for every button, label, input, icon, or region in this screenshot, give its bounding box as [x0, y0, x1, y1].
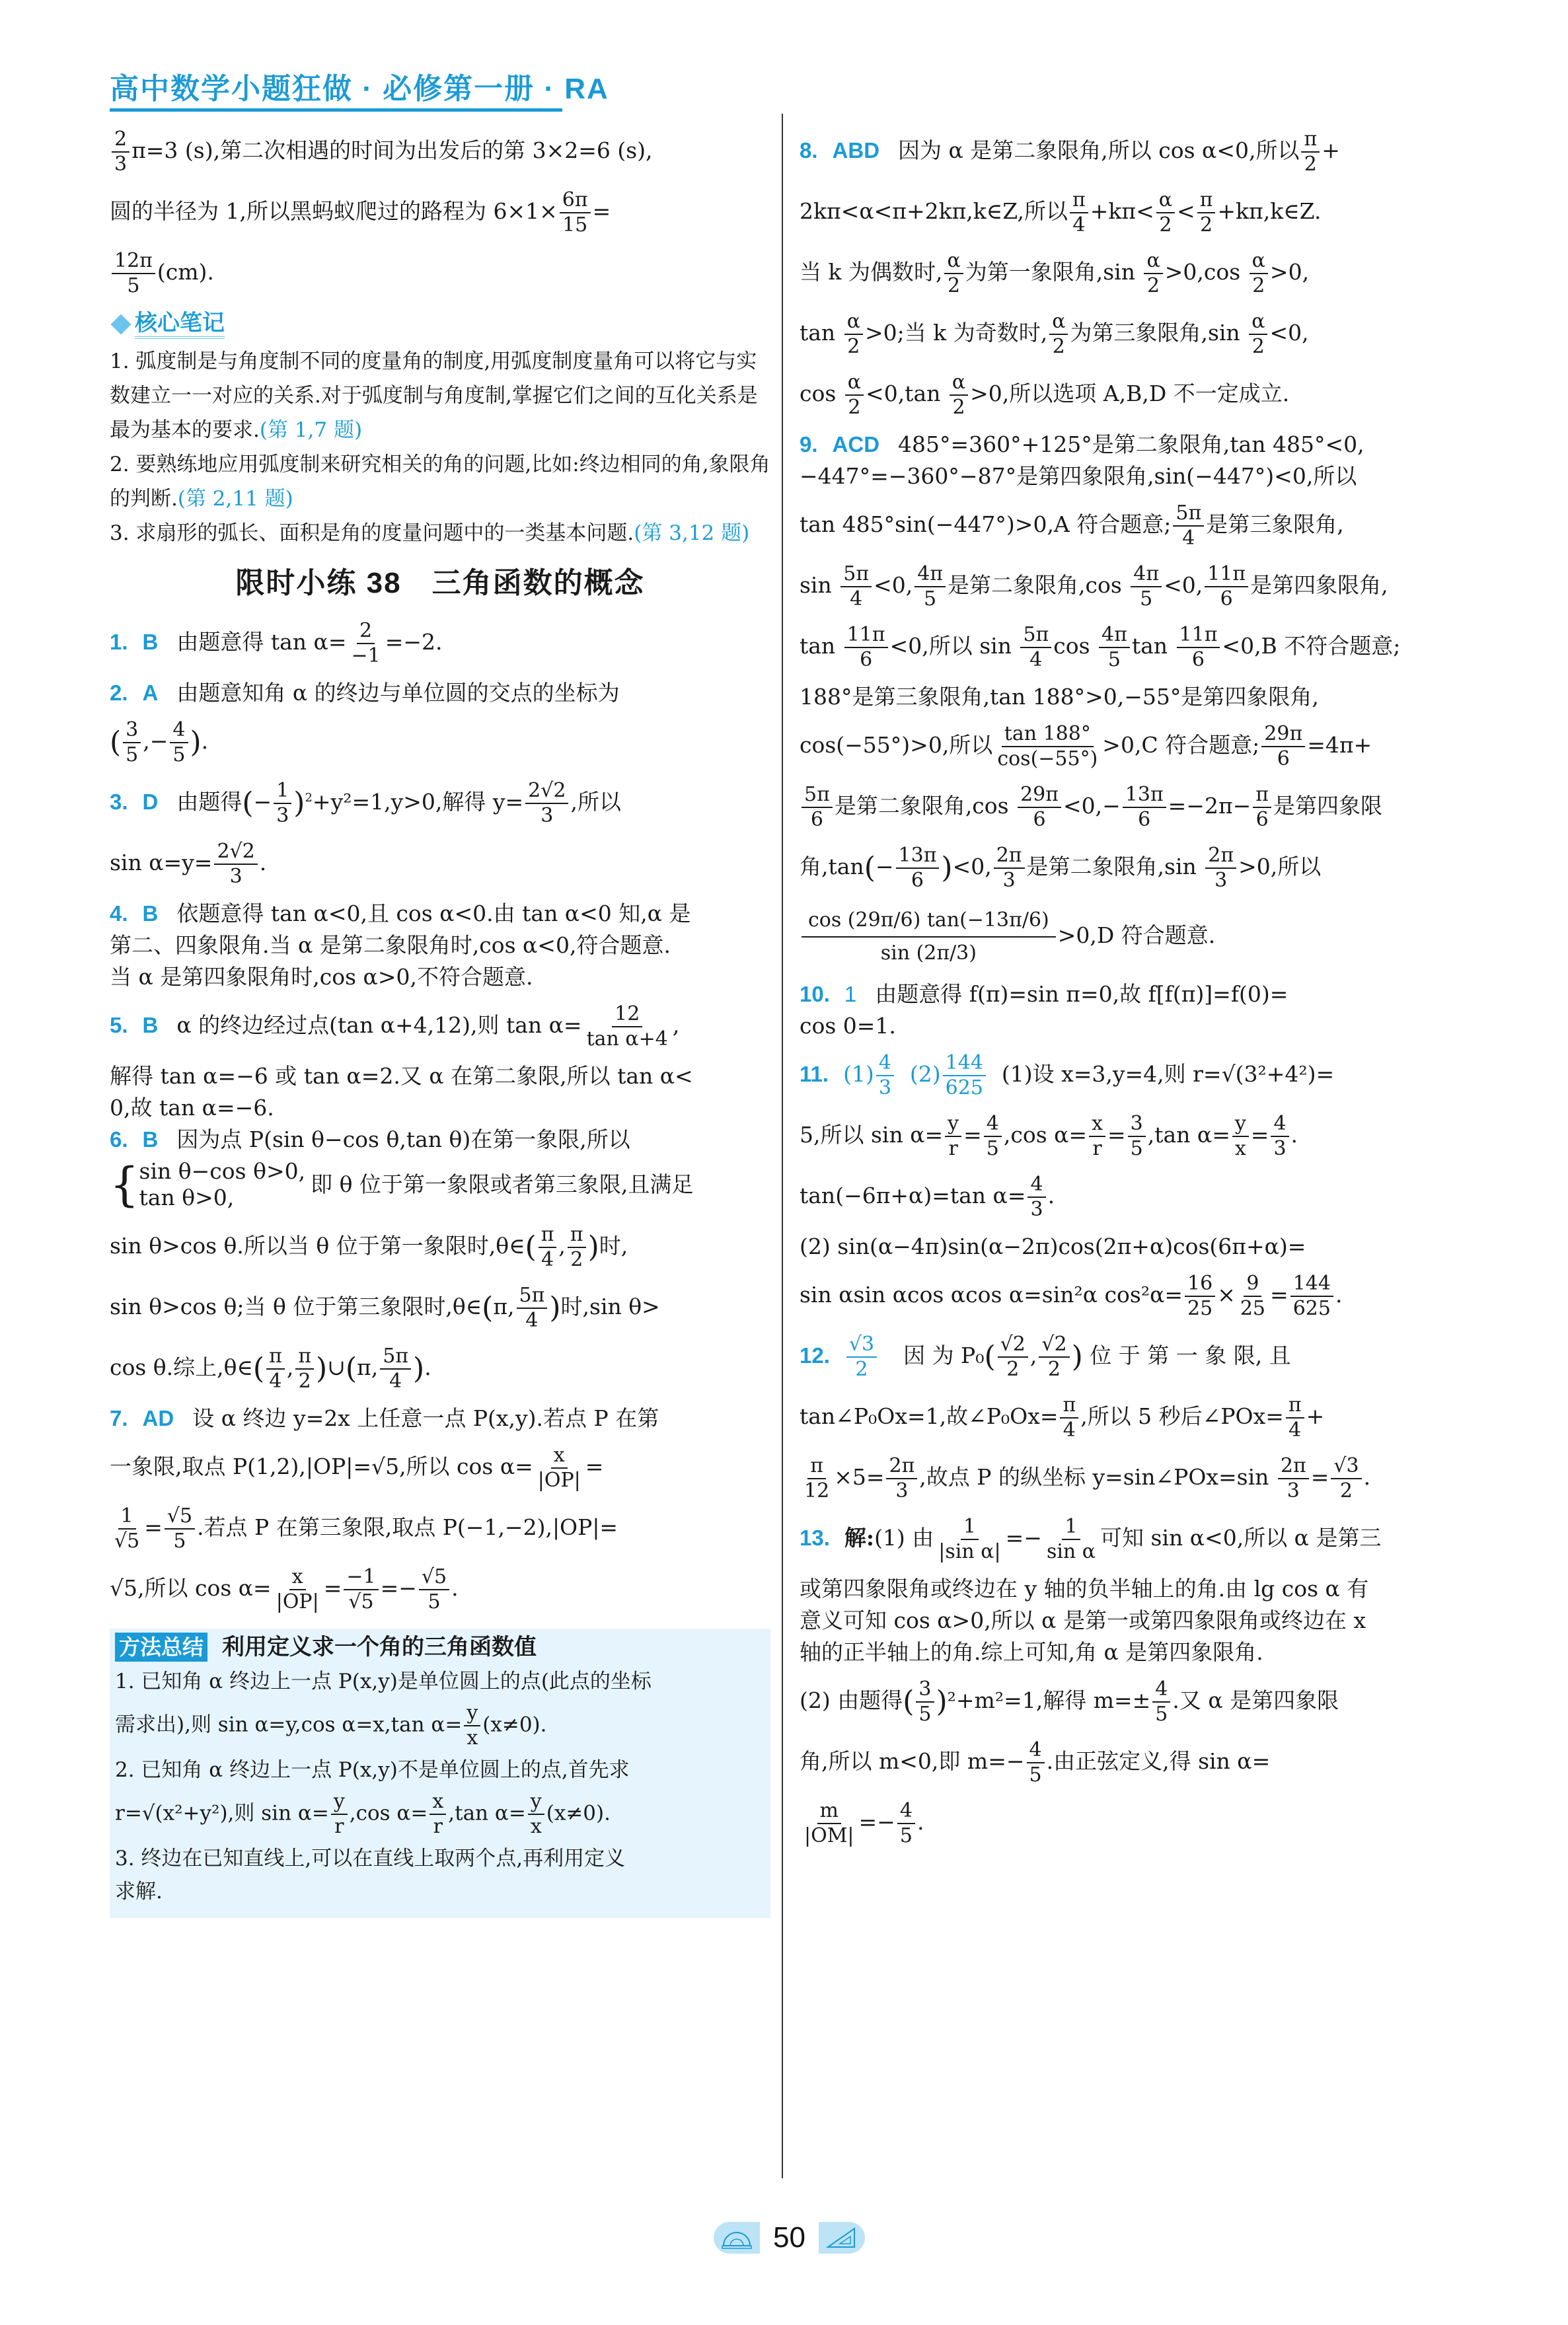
solution-10: 10.1由题意得 f(π)=sin π=0,故 f[f(π)]=f(0)= co… [800, 981, 1460, 1039]
solution-11: 11.(1)43 (2)144625 (1)设 x=3,y=4,则 r=√(3²… [800, 1051, 1460, 1321]
solution-13: 13.解:(1) 由1|sin α|=−1sin α可知 sin α<0,所以 … [800, 1515, 1460, 1848]
page-footer: 50 [714, 2221, 865, 2254]
core-notes: 核心笔记 1. 弧度制是与角度制不同的度量角的制度,用弧度制度量角可以将它与实数… [110, 310, 770, 550]
solution-8: 8.ABD因为 α 是第二象限角,所以 cos α<0,所以π2+ 2kπ<α<… [800, 128, 1460, 420]
diamond-icon [110, 314, 131, 334]
section-title: 限时小练 38 三角函数的概念 [110, 570, 770, 597]
core-note-2: 2. 要熟练地应用弧度制来研究相关的角的问题,比如:终边相同的角,象限角的判断.… [110, 447, 770, 516]
book-title: 高中数学小题狂做 · 必修第一册 · RA [110, 71, 562, 107]
solution-1: 1.B由题意得 tan α=2−1=−2. [110, 619, 770, 668]
core-notes-title: 核心笔记 [135, 310, 225, 339]
solution-7: 7.AD设 α 终边 y=2x 上任意一点 P(x,y).若点 P 在第 一象限… [110, 1405, 770, 1614]
solution-9: 9.ACD485°=360°+125°是第二象限角,tan 485°<0, −4… [800, 431, 1460, 969]
carryover-solution: 23π=3 (s),第二次相遇的时间为出发后的第 3×2=6 (s), 圆的半径… [110, 128, 770, 298]
solution-5: 5.Bα 的终边经过点(tan α+4,12),则 tan α=12tan α+… [110, 1002, 770, 1121]
page-number: 50 [773, 2221, 805, 2254]
core-note-3: 3. 求扇形的弧长、面积是角的度量问题中的一类基本问题.(第 3,12 题) [110, 516, 770, 550]
core-note-1: 1. 弧度制是与角度制不同的度量角的制度,用弧度制度量角可以将它与实数建立一一对… [110, 344, 770, 447]
header-rule [110, 108, 562, 112]
running-header: 高中数学小题狂做 · 必修第一册 · RA [110, 71, 562, 112]
method-title: 利用定义求一个角的三角函数值 [222, 1634, 537, 1660]
method-tag: 方法总结 [115, 1633, 207, 1662]
solution-2: 2.A由题意知角 α 的终边与单位圆的交点的坐标为 (35,−45). [110, 680, 770, 767]
set-square-icon [819, 2222, 865, 2254]
protractor-icon [714, 2222, 760, 2254]
column-divider [782, 114, 783, 2178]
solution-6: 6.B因为点 P(sin θ−cos θ,tan θ)在第一象限,所以 { si… [110, 1126, 770, 1393]
solution-3: 3.D由题得(−13)2+y²=1,y>0,解得 y=2√23,所以 sin α… [110, 779, 770, 889]
right-column: 8.ABD因为 α 是第二象限角,所以 cos α<0,所以π2+ 2kπ<α<… [800, 116, 1460, 1860]
left-column: 23π=3 (s),第二次相遇的时间为出发后的第 3×2=6 (s), 圆的半径… [110, 116, 770, 1918]
solution-4: 4.B依题意得 tan α<0,且 cos α<0.由 tan α<0 知,α … [110, 901, 770, 990]
method-summary-box: 方法总结 利用定义求一个角的三角函数值 1. 已知角 α 终边上一点 P(x,y… [110, 1629, 770, 1918]
solution-12: 12.√32因 为 P₀(√22,√22) 位 于 第 一 象 限, 且 tan… [800, 1333, 1460, 1503]
